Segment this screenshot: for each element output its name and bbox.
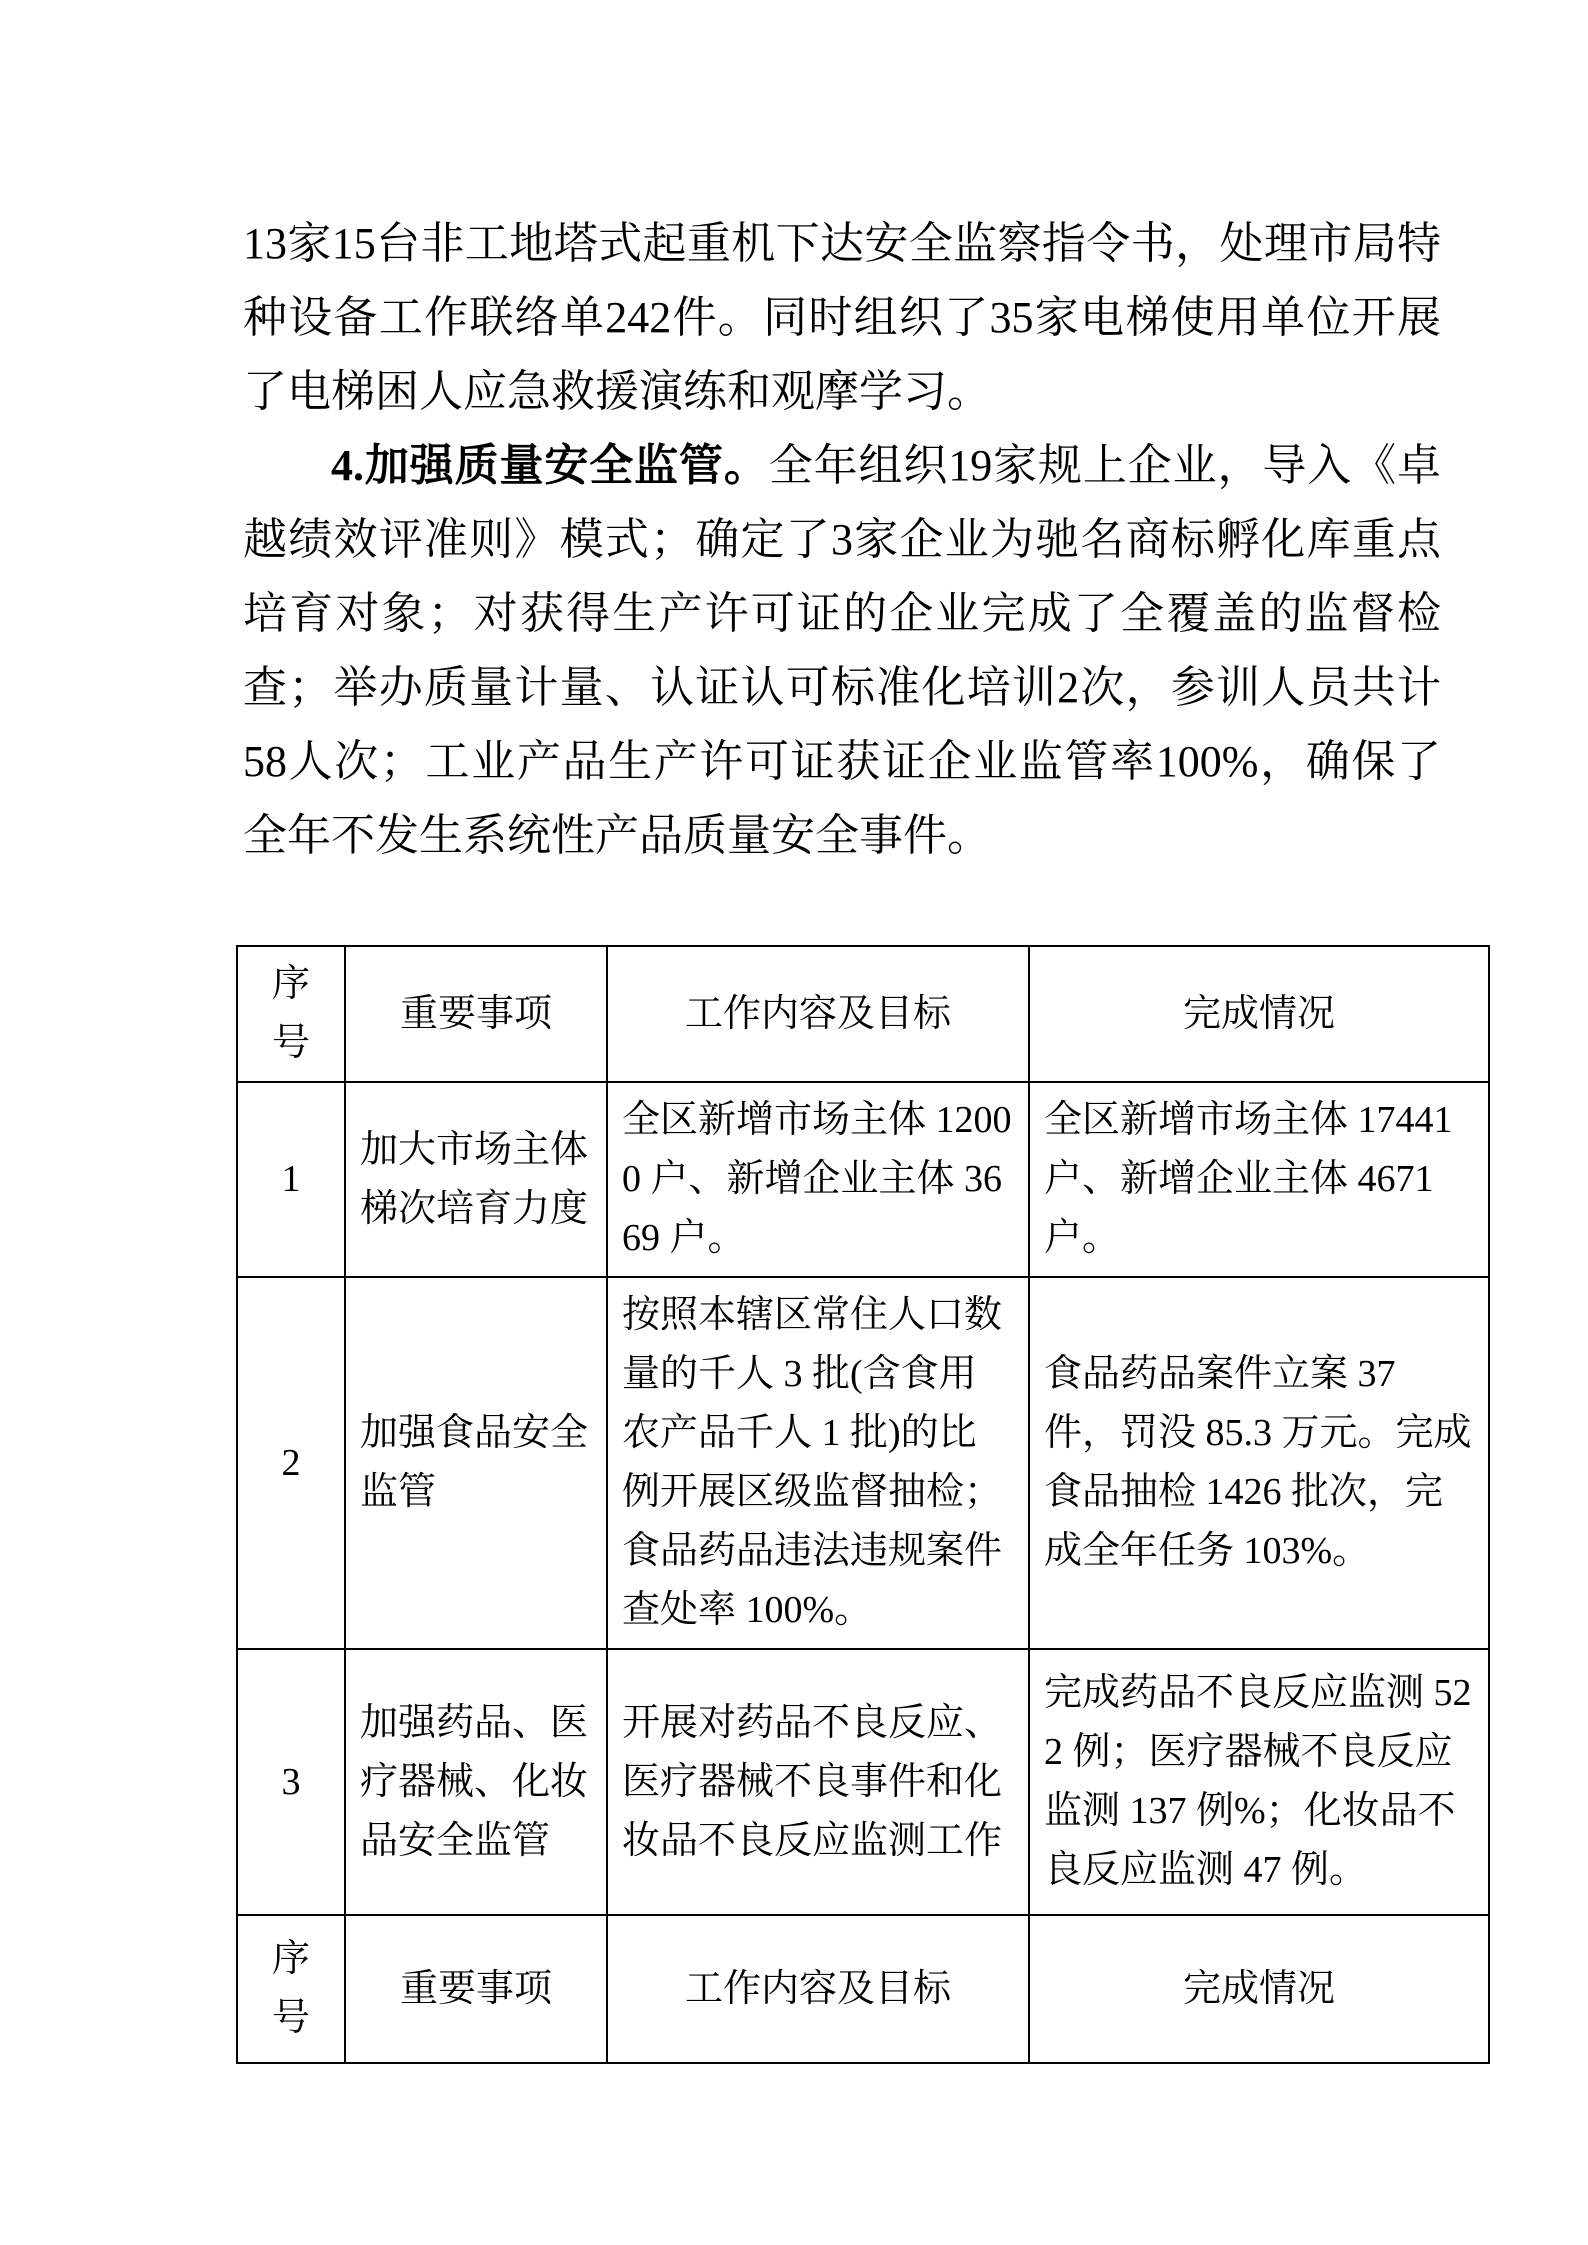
- cell-important-item: 加大市场主体梯次培育力度: [345, 1082, 607, 1277]
- header-important-item: 重要事项: [345, 946, 607, 1082]
- table-row: 1 加大市场主体梯次培育力度 全区新增市场主体 12000 户、新增企业主体 3…: [237, 1082, 1489, 1277]
- cell-work-content-target: 按照本辖区常住人口数量的千人 3 批(含食用农产品千人 1 批)的比例开展区级监…: [607, 1277, 1029, 1649]
- paragraph-continuation: 13家15台非工地塔式起重机下达安全监察指令书，处理市局特种设备工作联络单242…: [243, 207, 1441, 429]
- paragraph-item-4: 4.加强质量安全监管。全年组织19家规上企业，导入《卓越绩效评准则》模式；确定了…: [243, 429, 1441, 873]
- cell-work-content-target: 全区新增市场主体 12000 户、新增企业主体 3669 户。: [607, 1082, 1029, 1277]
- table-row: 3 加强药品、医疗器械、化妆品安全监管 开展对药品不良反应、医疗器械不良事件和化…: [237, 1649, 1489, 1915]
- cell-seq-no: 1: [237, 1082, 345, 1277]
- header-seq-no: 序号: [237, 946, 345, 1082]
- cell-important-item: 加强药品、医疗器械、化妆品安全监管: [345, 1649, 607, 1915]
- header-completion-status: 完成情况: [1029, 1915, 1489, 2063]
- header-work-content-target: 工作内容及目标: [607, 946, 1029, 1082]
- cell-seq-no: 3: [237, 1649, 345, 1915]
- cell-important-item: 加强食品安全监管: [345, 1277, 607, 1649]
- header-work-content-target: 工作内容及目标: [607, 1915, 1029, 2063]
- document-page: 13家15台非工地塔式起重机下达安全监察指令书，处理市局特种设备工作联络单242…: [0, 0, 1588, 2245]
- header-completion-status: 完成情况: [1029, 946, 1489, 1082]
- body-text-block: 13家15台非工地塔式起重机下达安全监察指令书，处理市局特种设备工作联络单242…: [243, 207, 1441, 873]
- paragraph-item-4-heading: 4.加强质量安全监管。: [331, 441, 769, 490]
- table-row: 2 加强食品安全监管 按照本辖区常住人口数量的千人 3 批(含食用农产品千人 1…: [237, 1277, 1489, 1649]
- cell-completion-status: 全区新增市场主体 17441 户、新增企业主体 4671 户。: [1029, 1082, 1489, 1277]
- cell-completion-status: 食品药品案件立案 37 件，罚没 85.3 万元。完成食品抽检 1426 批次，…: [1029, 1277, 1489, 1649]
- table-repeated-header-row: 序号 重要事项 工作内容及目标 完成情况: [237, 1915, 1489, 2063]
- header-important-item: 重要事项: [345, 1915, 607, 2063]
- table-header-row: 序号 重要事项 工作内容及目标 完成情况: [237, 946, 1489, 1082]
- paragraph-item-4-body: 全年组织19家规上企业，导入《卓越绩效评准则》模式；确定了3家企业为驰名商标孵化…: [243, 441, 1441, 860]
- work-items-table: 序号 重要事项 工作内容及目标 完成情况 1 加大市场主体梯次培育力度 全区新增…: [236, 945, 1490, 2064]
- header-seq-no: 序号: [237, 1915, 345, 2063]
- cell-seq-no: 2: [237, 1277, 345, 1649]
- cell-work-content-target: 开展对药品不良反应、医疗器械不良事件和化妆品不良反应监测工作: [607, 1649, 1029, 1915]
- cell-completion-status: 完成药品不良反应监测 522 例；医疗器械不良反应监测 137 例%；化妆品不良…: [1029, 1649, 1489, 1915]
